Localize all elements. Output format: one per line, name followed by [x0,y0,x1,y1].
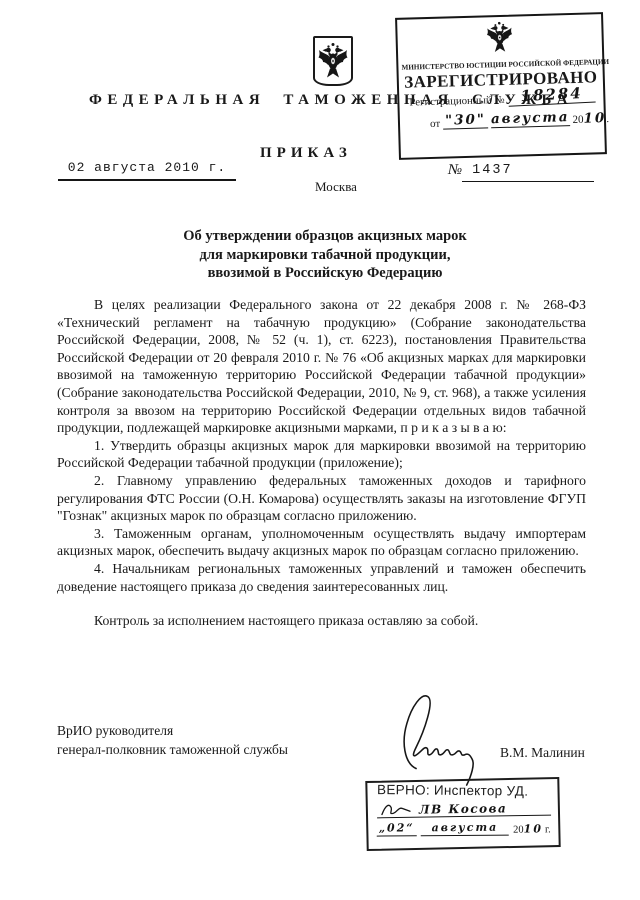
title-line-1: Об утверждении образцов акцизных марок [5,227,640,246]
body-paragraph-item-3: 3. Таможенным органам, уполномоченным ос… [57,525,586,560]
signatory-name: В.М. Малинин [500,745,585,761]
coat-of-arms-shield [313,36,353,86]
ministry-eagle-icon [486,21,513,55]
registration-month-handwritten: августа [491,111,570,129]
order-title: Об утверждении образцов акцизных марок д… [5,227,640,283]
verification-day-handwritten: „02“ [377,821,417,836]
double-headed-eagle-icon [318,41,348,81]
order-body: В целях реализации Федерального закона о… [57,296,586,630]
signatory-position-line-2: генерал-полковник таможенной службы [57,741,288,760]
city-label: Москва [16,179,640,195]
year-printed: 20 [572,114,583,126]
title-line-3: ввозимой в Российскую Федерацию [5,264,640,283]
body-paragraph-item-2: 2. Главному управлению федеральных тамож… [57,472,586,525]
from-label: от [430,118,441,130]
registration-stamp: МИНИСТЕРСТВО ЮСТИЦИИ РОССИЙСКОЙ ФЕДЕРАЦИ… [395,12,607,160]
verification-stamp: ВЕРНО: Инспектор УД. ЛВ Косова „02“ авгу… [365,777,560,851]
handwritten-signature [394,688,486,792]
inspector-signature-flourish [379,802,413,818]
title-line-2: для маркировки табачной продукции, [5,246,640,265]
signatory-position-line-1: ВрИО руководителя [57,722,288,741]
scanned-order-document: ФЕДЕРАЛЬНАЯ ТАМОЖЕННАЯ СЛУЖБА ПРИКАЗ 02 … [0,0,640,900]
verification-year-suffix: г. [545,824,551,835]
document-type: ПРИКАЗ [260,145,352,162]
body-paragraph-item-4: 4. Начальникам региональных таможенных у… [57,560,586,595]
registration-number-handwritten: 18284 [508,85,595,106]
period: . [606,113,609,125]
body-paragraph-control: Контроль за исполнением настоящего прика… [57,612,586,630]
body-paragraph-preamble: В целях реализации Федерального закона о… [57,296,586,437]
verification-date-line: „02“ августа 2010 г. [377,820,551,836]
signatory-position: ВрИО руководителя генерал-полковник тамо… [57,722,288,759]
order-date: 02 августа 2010 г. [58,160,236,181]
registration-number-label: Регистрационный № [409,94,505,109]
registration-day-handwritten: "30" [443,113,488,130]
year-handwritten: 10 [583,112,606,126]
verification-year-handwritten: 10 [524,822,543,835]
verification-signature-line: ЛВ Косова [377,797,551,819]
body-paragraph-item-1: 1. Утвердить образцы акцизных марок для … [57,437,586,472]
inspector-name-handwritten: ЛВ Косова [419,801,508,816]
verification-year-printed: 20 [513,825,524,836]
verification-month-handwritten: августа [421,821,510,837]
number-sign: № [448,162,462,179]
registration-date-line: от "30" августа 2010. [430,110,592,130]
